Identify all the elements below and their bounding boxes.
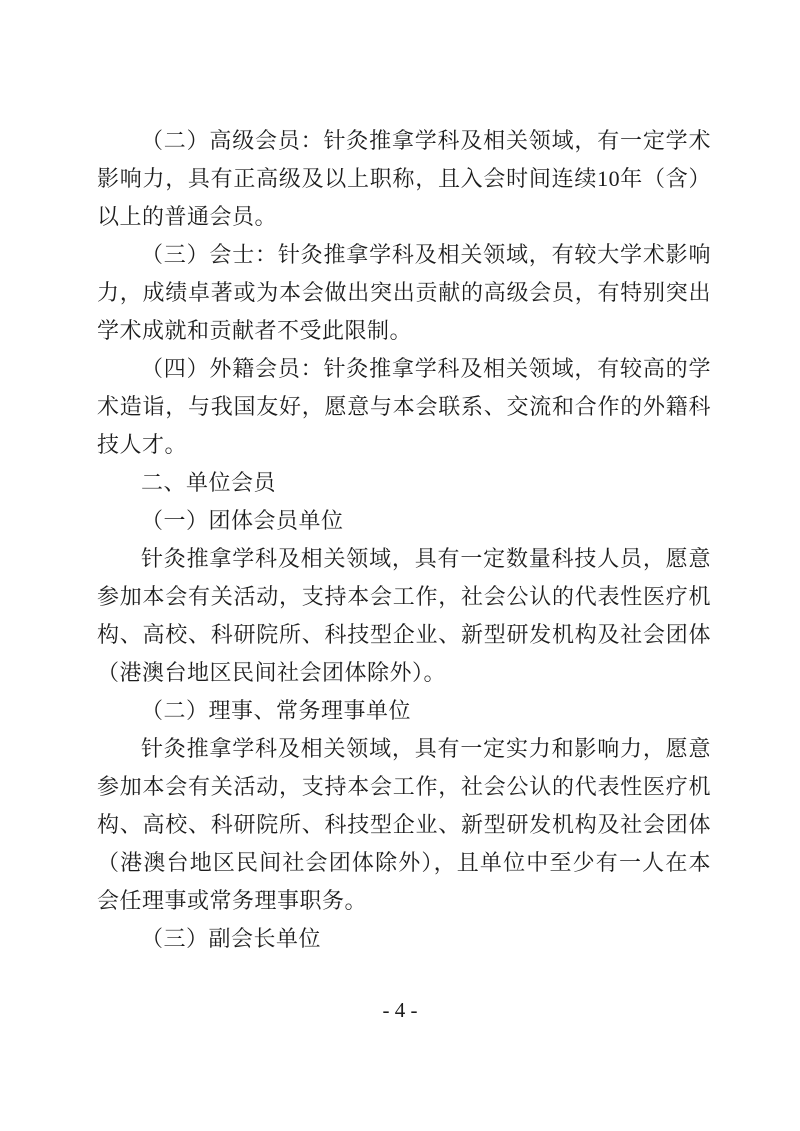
heading-director-unit: （二）理事、常务理事单位	[97, 692, 711, 730]
paragraph-director-unit: 针灸推拿学科及相关领域，具有一定实力和影响力，愿意参加本会有关活动，支持本会工作…	[97, 730, 711, 920]
paragraph-fellow: （三）会士：针灸推拿学科及相关领域，有较大学术影响力，成绩卓著或为本会做出突出贡…	[97, 236, 711, 350]
heading-vice-president-unit: （三）副会长单位	[97, 920, 711, 958]
paragraph-foreign-member: （四）外籍会员：针灸推拿学科及相关领域，有较高的学术造诣，与我国友好，愿意与本会…	[97, 350, 711, 464]
paragraph-senior-member: （二）高级会员：针灸推拿学科及相关领域，有一定学术影响力，具有正高级及以上职称，…	[97, 122, 711, 236]
document-page: （二）高级会员：针灸推拿学科及相关领域，有一定学术影响力，具有正高级及以上职称，…	[0, 0, 800, 1131]
paragraph-group-member-unit: 针灸推拿学科及相关领域，具有一定数量科技人员，愿意参加本会有关活动，支持本会工作…	[97, 540, 711, 692]
page-number: - 4 -	[0, 996, 800, 1024]
document-body: （二）高级会员：针灸推拿学科及相关领域，有一定学术影响力，具有正高级及以上职称，…	[97, 122, 711, 958]
heading-group-member-unit: （一）团体会员单位	[97, 502, 711, 540]
heading-unit-member: 二、单位会员	[97, 464, 711, 502]
